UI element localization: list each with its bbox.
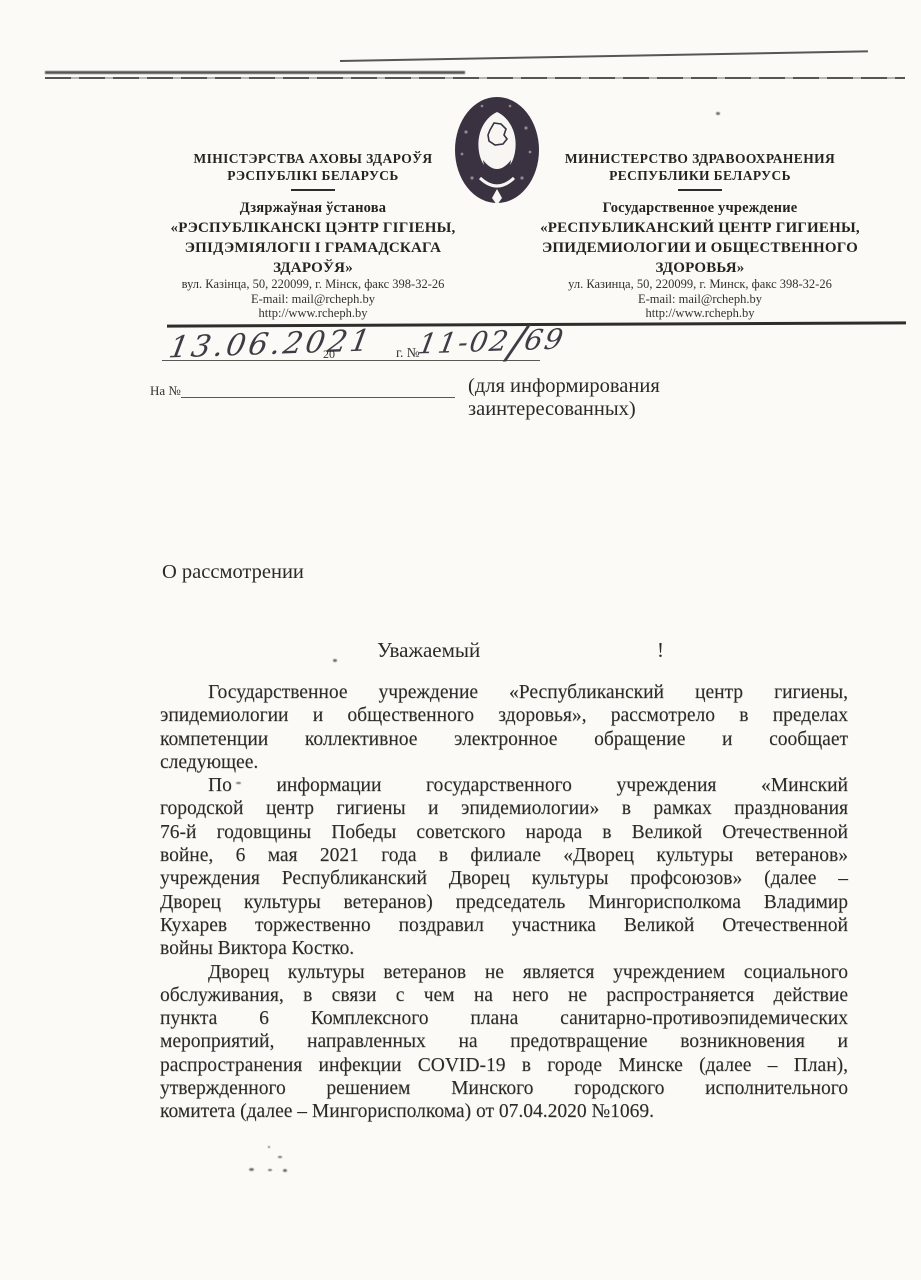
- ministry-line: РЭСПУБЛІКІ БЕЛАРУСЬ: [148, 167, 478, 184]
- handwritten-number: 11-02/69: [416, 322, 568, 360]
- address-block-russian: ул. Казинца, 50, 220099, г. Минск, факс …: [525, 277, 875, 321]
- address-line: ул. Казинца, 50, 220099, г. Минск, факс …: [525, 277, 875, 292]
- org-line: Государственное учреждение: [535, 198, 865, 218]
- reply-blank-line: [181, 397, 455, 398]
- salutation-exclamation: !: [657, 638, 664, 663]
- body-line: 76-й годовщины Победы советского народа …: [160, 821, 848, 844]
- body-text: Государственное учреждение «Республиканс…: [160, 681, 848, 1124]
- body-line: эпидемиологии и общественного здоровья»,…: [160, 704, 848, 727]
- email-line: E-mail: mail@rcheph.by: [138, 292, 488, 307]
- org-line: «РЕСПУБЛИКАНСКИЙ ЦЕНТР ГИГИЕНЫ,: [535, 218, 865, 238]
- organization-name-belarusian: Дзяржаўная ўстанова «РЭСПУБЛІКАНСКІ ЦЭНТ…: [148, 198, 478, 278]
- website-line: http://www.rcheph.by: [138, 306, 488, 321]
- body-line: мероприятий, направленных на предотвраще…: [160, 1030, 848, 1053]
- body-line: Дворец культуры ветеранов не является уч…: [160, 961, 848, 984]
- ministry-line: РЕСПУБЛИКИ БЕЛАРУСЬ: [535, 167, 865, 184]
- reply-to-label: На №: [150, 383, 181, 399]
- scan-speck: [236, 782, 241, 784]
- org-line: ЭПИДЕМИОЛОГИИ И ОБЩЕСТВЕННОГО: [535, 238, 865, 258]
- number-part: 11-02: [416, 324, 513, 360]
- number-slash: /: [509, 343, 524, 344]
- scan-artifact-line: [45, 77, 905, 79]
- body-line: Дворец культуры ветеранов) председатель …: [160, 891, 848, 914]
- salutation-greeting: Уважаемый: [377, 638, 480, 663]
- scan-speck: [249, 1168, 254, 1171]
- address-line: вул. Казінца, 50, 220099, г. Мінск, факс…: [138, 277, 488, 292]
- body-line: учреждения Республиканский Дворец культу…: [160, 867, 848, 890]
- scan-speck: [278, 1156, 282, 1158]
- divider: [291, 189, 335, 191]
- subject-line: О рассмотрении: [162, 561, 304, 584]
- org-line: ЭПІДЭМІЯЛОГІІ І ГРАМАДСКАГА: [148, 238, 478, 258]
- body-line: утвержденного решением Минского городско…: [160, 1077, 848, 1100]
- email-line: E-mail: mail@rcheph.by: [525, 292, 875, 307]
- body-line: обслуживания, в связи с чем на него не р…: [160, 984, 848, 1007]
- body-line: распространения инфекции COVID-19 в горо…: [160, 1054, 848, 1077]
- body-line: Кухарев торжественно поздравил участника…: [160, 914, 848, 937]
- body-line: войны Виктора Костко.: [160, 937, 848, 960]
- org-line: ЗДОРОВЬЯ»: [535, 258, 865, 278]
- scan-artifact-line: [340, 50, 868, 61]
- body-line: По информации государственного учреждени…: [160, 774, 848, 797]
- scan-speck: [333, 659, 337, 662]
- note-for-informing: (для информирования заинтересованных): [468, 375, 660, 421]
- scan-speck: [716, 112, 720, 115]
- scanned-letter-page: МІНІСТЭРСТВА АХОВЫ ЗДАРОЎЯ РЭСПУБЛІКІ БЕ…: [0, 0, 921, 1280]
- date-blank-line: [162, 360, 540, 361]
- ministry-line: МІНІСТЭРСТВА АХОВЫ ЗДАРОЎЯ: [148, 150, 478, 167]
- scan-speck: [268, 1169, 272, 1171]
- address-block-belarusian: вул. Казінца, 50, 220099, г. Мінск, факс…: [138, 277, 488, 321]
- org-line: ЗДАРОЎЯ»: [148, 258, 478, 278]
- body-line: войне, 6 мая 2021 года в филиале «Дворец…: [160, 844, 848, 867]
- scan-artifact-line: [45, 71, 465, 74]
- organization-name-russian: Государственное учреждение «РЕСПУБЛИКАНС…: [535, 198, 865, 278]
- note-line: заинтересованных): [468, 398, 660, 421]
- org-line: «РЭСПУБЛІКАНСКІ ЦЭНТР ГІГІЕНЫ,: [148, 218, 478, 238]
- body-line: городской центр гигиены и эпидемиологии»…: [160, 797, 848, 820]
- divider: [678, 189, 722, 191]
- website-line: http://www.rcheph.by: [525, 306, 875, 321]
- scan-speck: [283, 1169, 287, 1172]
- year-prefix: 20: [323, 347, 335, 362]
- body-line: компетенции коллективное электронное обр…: [160, 728, 848, 751]
- number-part: 69: [522, 322, 568, 356]
- body-line: Государственное учреждение «Республиканс…: [160, 681, 848, 704]
- ministry-name-belarusian: МІНІСТЭРСТВА АХОВЫ ЗДАРОЎЯ РЭСПУБЛІКІ БЕ…: [148, 150, 478, 184]
- scan-speck: [268, 1146, 270, 1148]
- note-line: (для информирования: [468, 375, 660, 398]
- body-line: пункта 6 Комплексного плана санитарно-пр…: [160, 1007, 848, 1030]
- body-line: следующее.: [160, 751, 848, 774]
- body-line: комитета (далее – Мингорисполкома) от 07…: [160, 1100, 848, 1123]
- org-line: Дзяржаўная ўстанова: [148, 198, 478, 218]
- ministry-line: МИНИСТЕРСТВО ЗДРАВООХРАНЕНИЯ: [535, 150, 865, 167]
- ministry-name-russian: МИНИСТЕРСТВО ЗДРАВООХРАНЕНИЯ РЕСПУБЛИКИ …: [535, 150, 865, 184]
